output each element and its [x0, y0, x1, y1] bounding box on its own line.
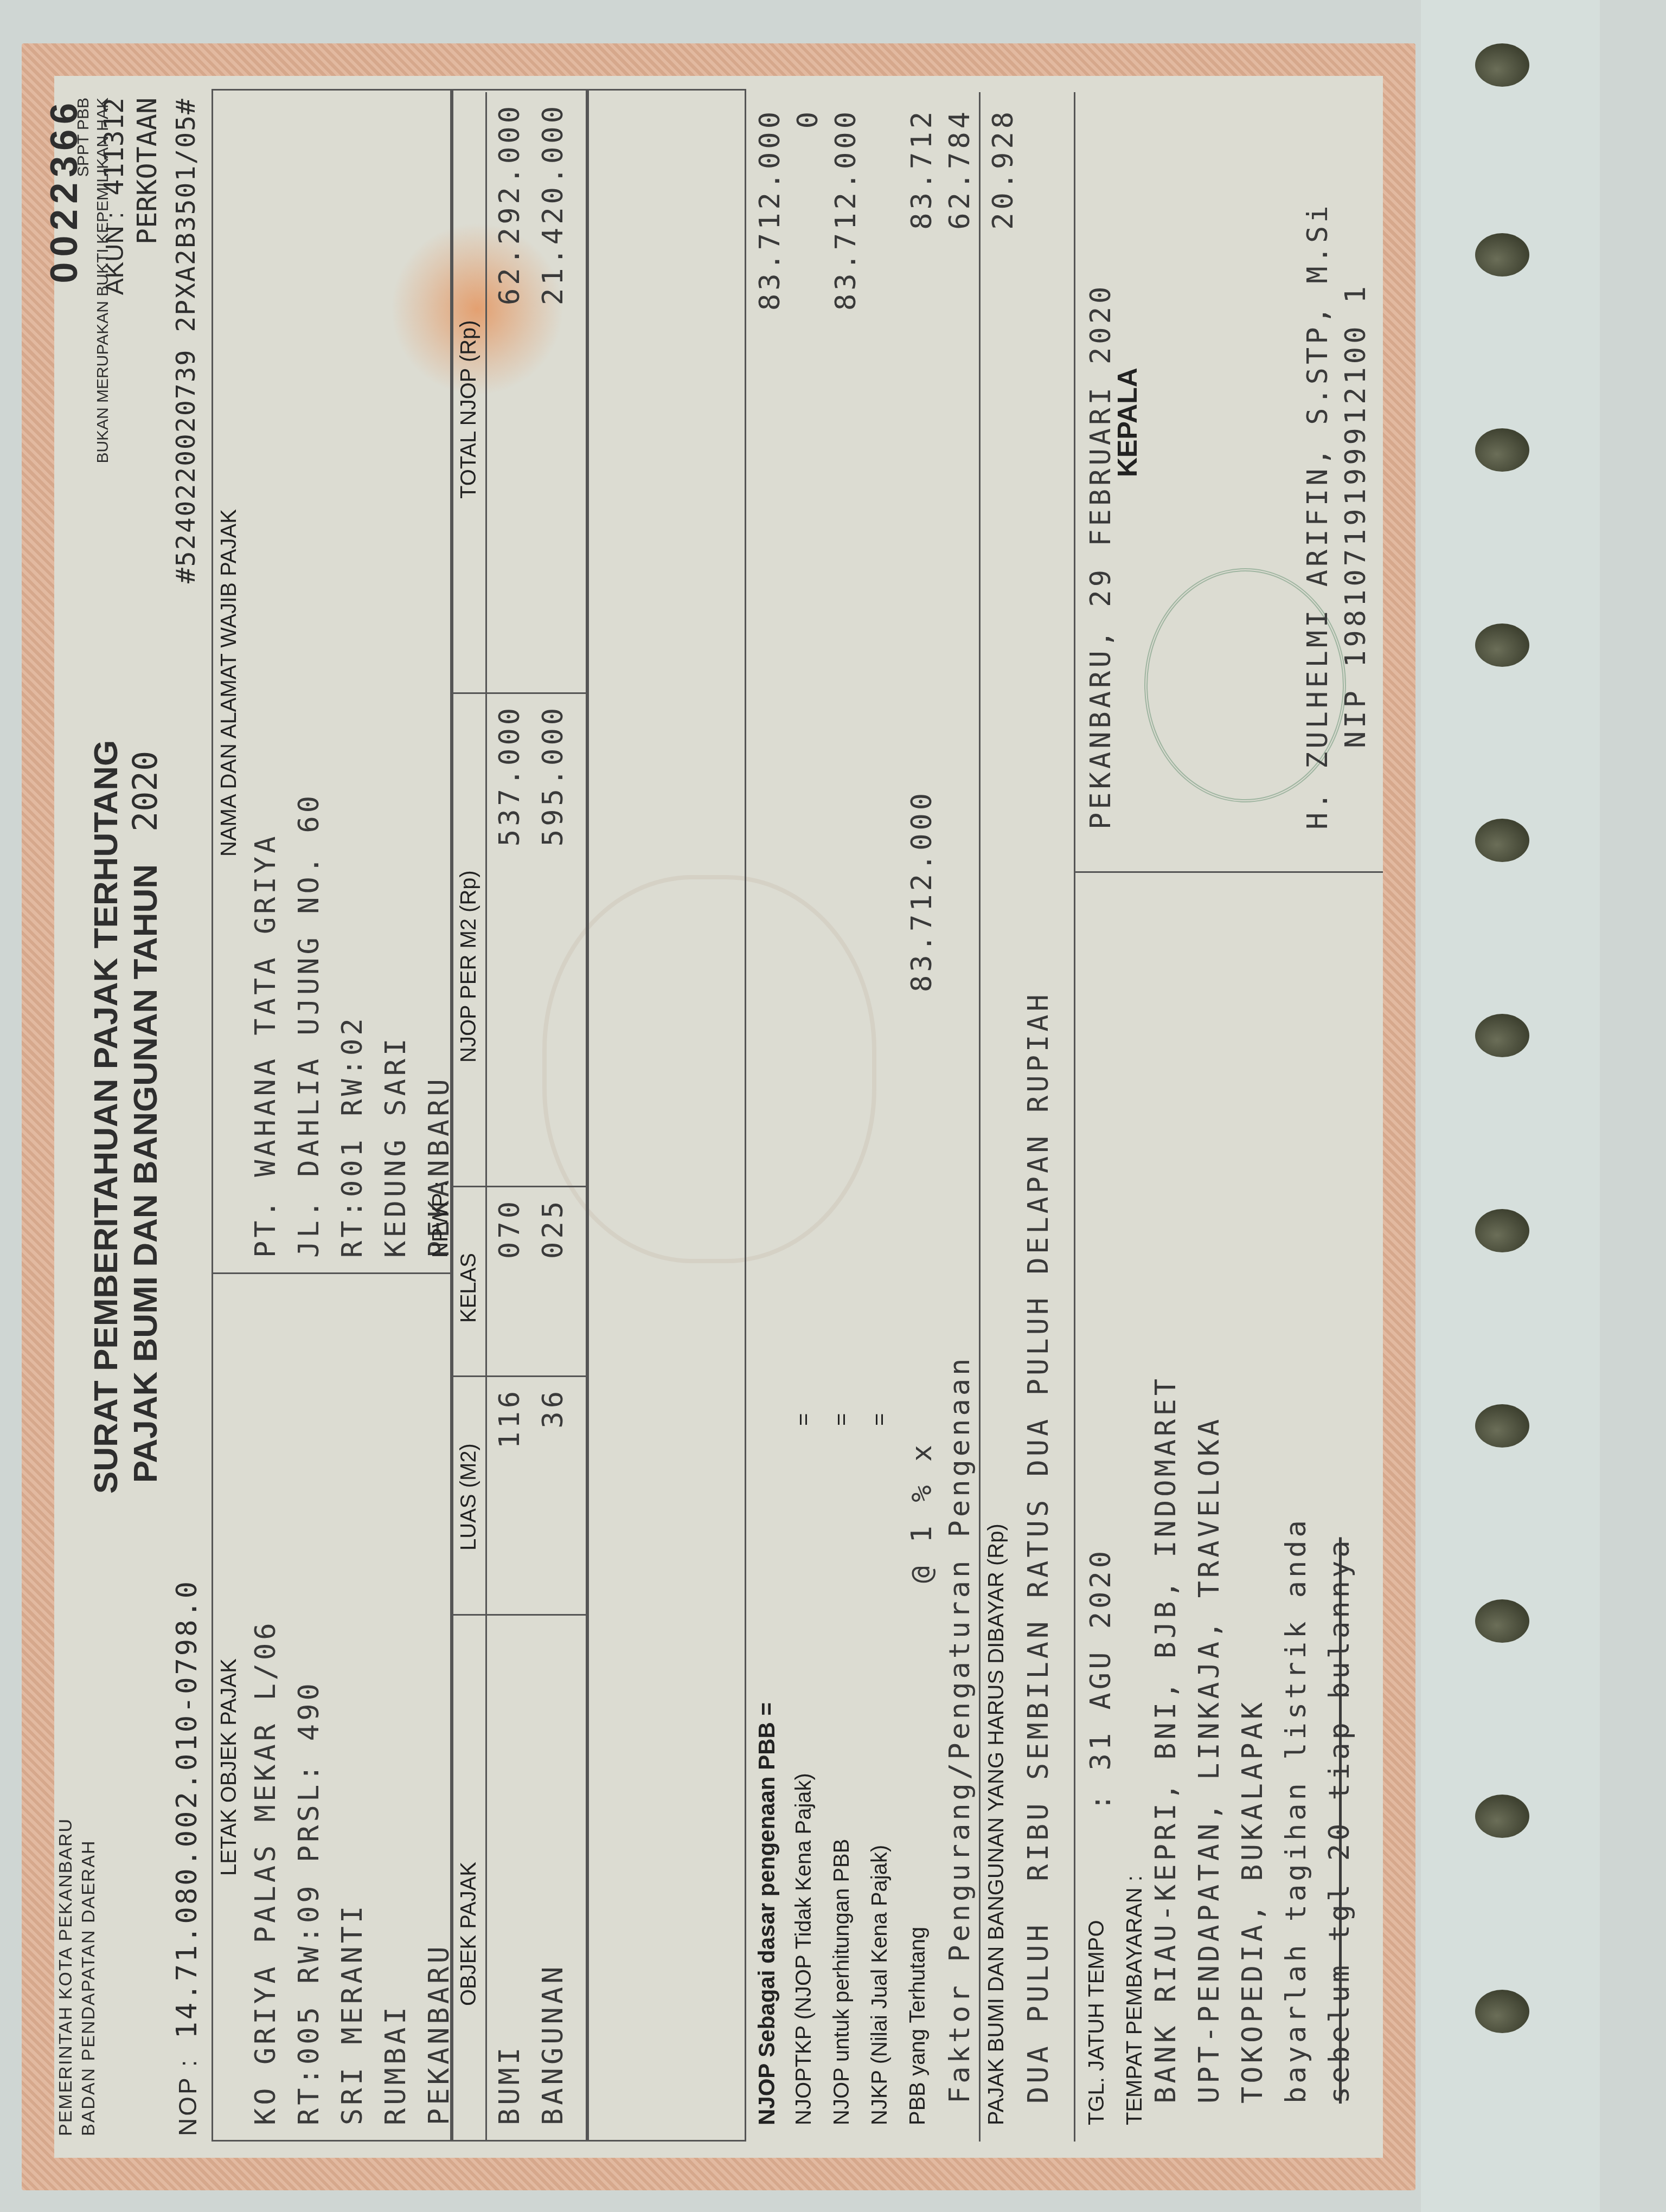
- njop-calc-eq: =: [830, 1413, 854, 1426]
- table-header-rule: [485, 92, 487, 2142]
- nop-value: 14.71.080.002.010-0798.0: [171, 1579, 203, 2039]
- signer-title: KEPALA: [1112, 368, 1143, 477]
- taxpayer-line: KEDUNG SARI: [374, 793, 418, 1258]
- table-col-total: 62.292.00021.420.000: [488, 103, 575, 694]
- perforation-hole: [1475, 1599, 1529, 1643]
- njoptkp-value: 0: [786, 108, 830, 128]
- cell-total: 21.420.000: [531, 103, 575, 694]
- cell-object: BUMI: [488, 1964, 531, 2125]
- location-line: RT:005 RW:09 PRSL: 490: [287, 1619, 331, 2125]
- tractor-feed-strip: [1421, 0, 1600, 2212]
- perforation-hole: [1475, 1404, 1529, 1448]
- due-date-label: TGL. JATUH TEMPO: [1085, 1920, 1109, 2125]
- tax-notice-form: PEMERINTAH KOTA PEKANBARU BADAN PENDAPAT…: [22, 43, 1415, 2190]
- rotated-document-stage: PEMERINTAH KOTA PEKANBARU BADAN PENDAPAT…: [0, 0, 1666, 2212]
- footer-rule: [1074, 92, 1075, 2142]
- payable-rule: [979, 92, 981, 2142]
- njkp-eq: =: [868, 1413, 892, 1426]
- taxpayer-line: JL. DAHLIA UJUNG NO. 60: [287, 793, 331, 1258]
- perforation-hole: [1475, 233, 1529, 276]
- payment-line: TOKOPEDIA, BUKALAPAK: [1231, 1375, 1274, 2104]
- table-col-area: 11636: [488, 1388, 575, 1616]
- cell-total: 62.292.000: [488, 103, 531, 694]
- place-date: PEKANBARU, 29 FEBRUARI 2020: [1079, 284, 1123, 829]
- payment-places-label: TEMPAT PEMBAYARAN :: [1123, 1875, 1147, 2125]
- reduction-value: 62.784: [938, 108, 982, 230]
- njop-basis-value: 83.712.000: [748, 108, 792, 311]
- payment-line: sebelum tgl 20 tiap bulannya: [1318, 1375, 1361, 2104]
- taxpayer-line: RT:001 RW:02: [331, 793, 374, 1258]
- payment-line: BANK RIAU-KEPRI, BNI, BJB, INDOMARET: [1144, 1375, 1188, 2104]
- cell-area: 116: [488, 1388, 531, 1616]
- object-location-address: KO GRIYA PALAS MEKAR L/06RT:005 RW:09 PR…: [244, 1619, 461, 2125]
- title-line-2: PAJAK BUMI DAN BANGUNAN TAHUN: [127, 864, 164, 1483]
- th-kelas: KELAS: [457, 1253, 481, 1323]
- address-divider: [212, 1272, 450, 1274]
- akun-value: 411312: [98, 98, 130, 196]
- payment-places: BANK RIAU-KEPRI, BNI, BJB, INDOMARETUPT-…: [1144, 1375, 1361, 2104]
- cell-class: 025: [531, 1198, 575, 1377]
- npwp-label: NPWP :: [428, 1181, 453, 1258]
- payable-in-words: DUA PULUH RIBU SEMBILAN RATUS DUA PULUH …: [1017, 991, 1060, 2104]
- perforation-hole: [1475, 1209, 1529, 1252]
- account-block: AKUN : 411312 PERKOTAAN: [98, 98, 163, 295]
- perforation-hole: [1475, 1014, 1529, 1057]
- cell-njop: 537.000: [488, 705, 531, 1187]
- taxpayer-line: PT. WAHANA TATA GRIYA: [244, 793, 287, 1258]
- njoptkp-eq: =: [792, 1413, 816, 1426]
- location-line: SRI MERANTI: [331, 1619, 374, 2125]
- payable-value: 20.928: [982, 108, 1025, 230]
- nop-line: NOP : 14.71.080.002.010-0798.0: [171, 1579, 203, 2136]
- njop-calc-label: NJOP untuk perhitungan PBB: [830, 1839, 854, 2125]
- pbb-value: 83.712: [900, 108, 944, 230]
- signature-divider: [1074, 871, 1383, 873]
- reduction-label: Faktor Pengurang/Pengaturan Pengenaan: [938, 1355, 982, 2104]
- signer-nip: NIP 19810719199912100 1: [1334, 283, 1377, 748]
- payment-line: UPT-PENDAPATAN, LINKAJA, TRAVELOKA: [1188, 1375, 1231, 2104]
- perforation-hole: [1475, 1990, 1529, 2033]
- njkp-label: NJKP (Nilai Jual Kena Pajak): [868, 1845, 892, 2125]
- signer-name: H. ZULHELMI ARIFIN, S.STP, M.Si: [1296, 202, 1340, 829]
- blank-band: [586, 89, 746, 2142]
- table-row: BUMIBANGUNAN: [488, 1964, 575, 2125]
- th-objek: OBJEK PAJAK: [457, 1862, 481, 2006]
- pbb-label: PBB yang Terhutang: [906, 1927, 930, 2125]
- perforation-hole: [1475, 623, 1529, 667]
- reference-code: #5240220020739 2PXA2B3501/05#: [171, 98, 201, 583]
- payable-label: PAJAK BUMI DAN BANGUNAN YANG HARUS DIBAY…: [984, 1523, 1009, 2125]
- perforation-hole: [1475, 819, 1529, 862]
- cell-njop: 595.000: [531, 705, 575, 1187]
- perforation-hole: [1475, 428, 1529, 472]
- th-njop-per-m2: NJOP PER M2 (Rp): [457, 870, 481, 1063]
- location-line: KO GRIYA PALAS MEKAR L/06: [244, 1619, 287, 2125]
- taxpayer-label: NAMA DAN ALAMAT WAJIB PAJAK: [217, 509, 241, 857]
- title-line-1: SURAT PEMBERITAHUAN PAJAK TERHUTANG: [87, 76, 126, 2158]
- perforation-hole: [1475, 1795, 1529, 1838]
- form-paper: PEMERINTAH KOTA PEKANBARU BADAN PENDAPAT…: [54, 76, 1383, 2158]
- th-luas: LUAS (M2): [457, 1443, 481, 1551]
- tax-year: 2020: [125, 751, 165, 832]
- cell-object: BANGUNAN: [531, 1964, 575, 2125]
- cell-class: 070: [488, 1198, 531, 1377]
- pbb-rate: @ 1 % x: [900, 1442, 944, 1583]
- object-location-label: LETAK OBJEK PAJAK: [217, 1658, 241, 1876]
- th-total-njop: TOTAL NJOP (Rp): [457, 320, 481, 499]
- table-col-class: 070025: [488, 1198, 575, 1377]
- payment-line: bayarlah tagihan listrik anda: [1274, 1375, 1318, 2104]
- due-date-value: : 31 AGU 2020: [1079, 1548, 1123, 1811]
- perforation-hole: [1475, 43, 1529, 87]
- cell-area: 36: [531, 1388, 575, 1616]
- nop-label: NOP :: [174, 2058, 202, 2136]
- category: PERKOTAAN: [131, 98, 163, 295]
- njop-basis-label: NJOP Sebagai dasar pengenaan PBB =: [754, 1702, 780, 2125]
- agency-line-1: PEMERINTAH KOTA PEKANBARU: [54, 1818, 77, 2136]
- njop-calc-value: 83.712.000: [824, 108, 868, 311]
- njoptkp-label: NJOPTKP (NJOP Tidak Kena Pajak): [792, 1773, 816, 2125]
- location-line: RUMBAI: [374, 1619, 418, 2125]
- serial-number: 0022366: [54, 98, 74, 464]
- document-title: SURAT PEMBERITAHUAN PAJAK TERHUTANG PAJA…: [87, 76, 165, 2158]
- table-col-njop: 537.000595.000: [488, 705, 575, 1187]
- akun-label: AKUN :: [100, 212, 129, 295]
- pbb-base: 83.712.000: [900, 790, 944, 992]
